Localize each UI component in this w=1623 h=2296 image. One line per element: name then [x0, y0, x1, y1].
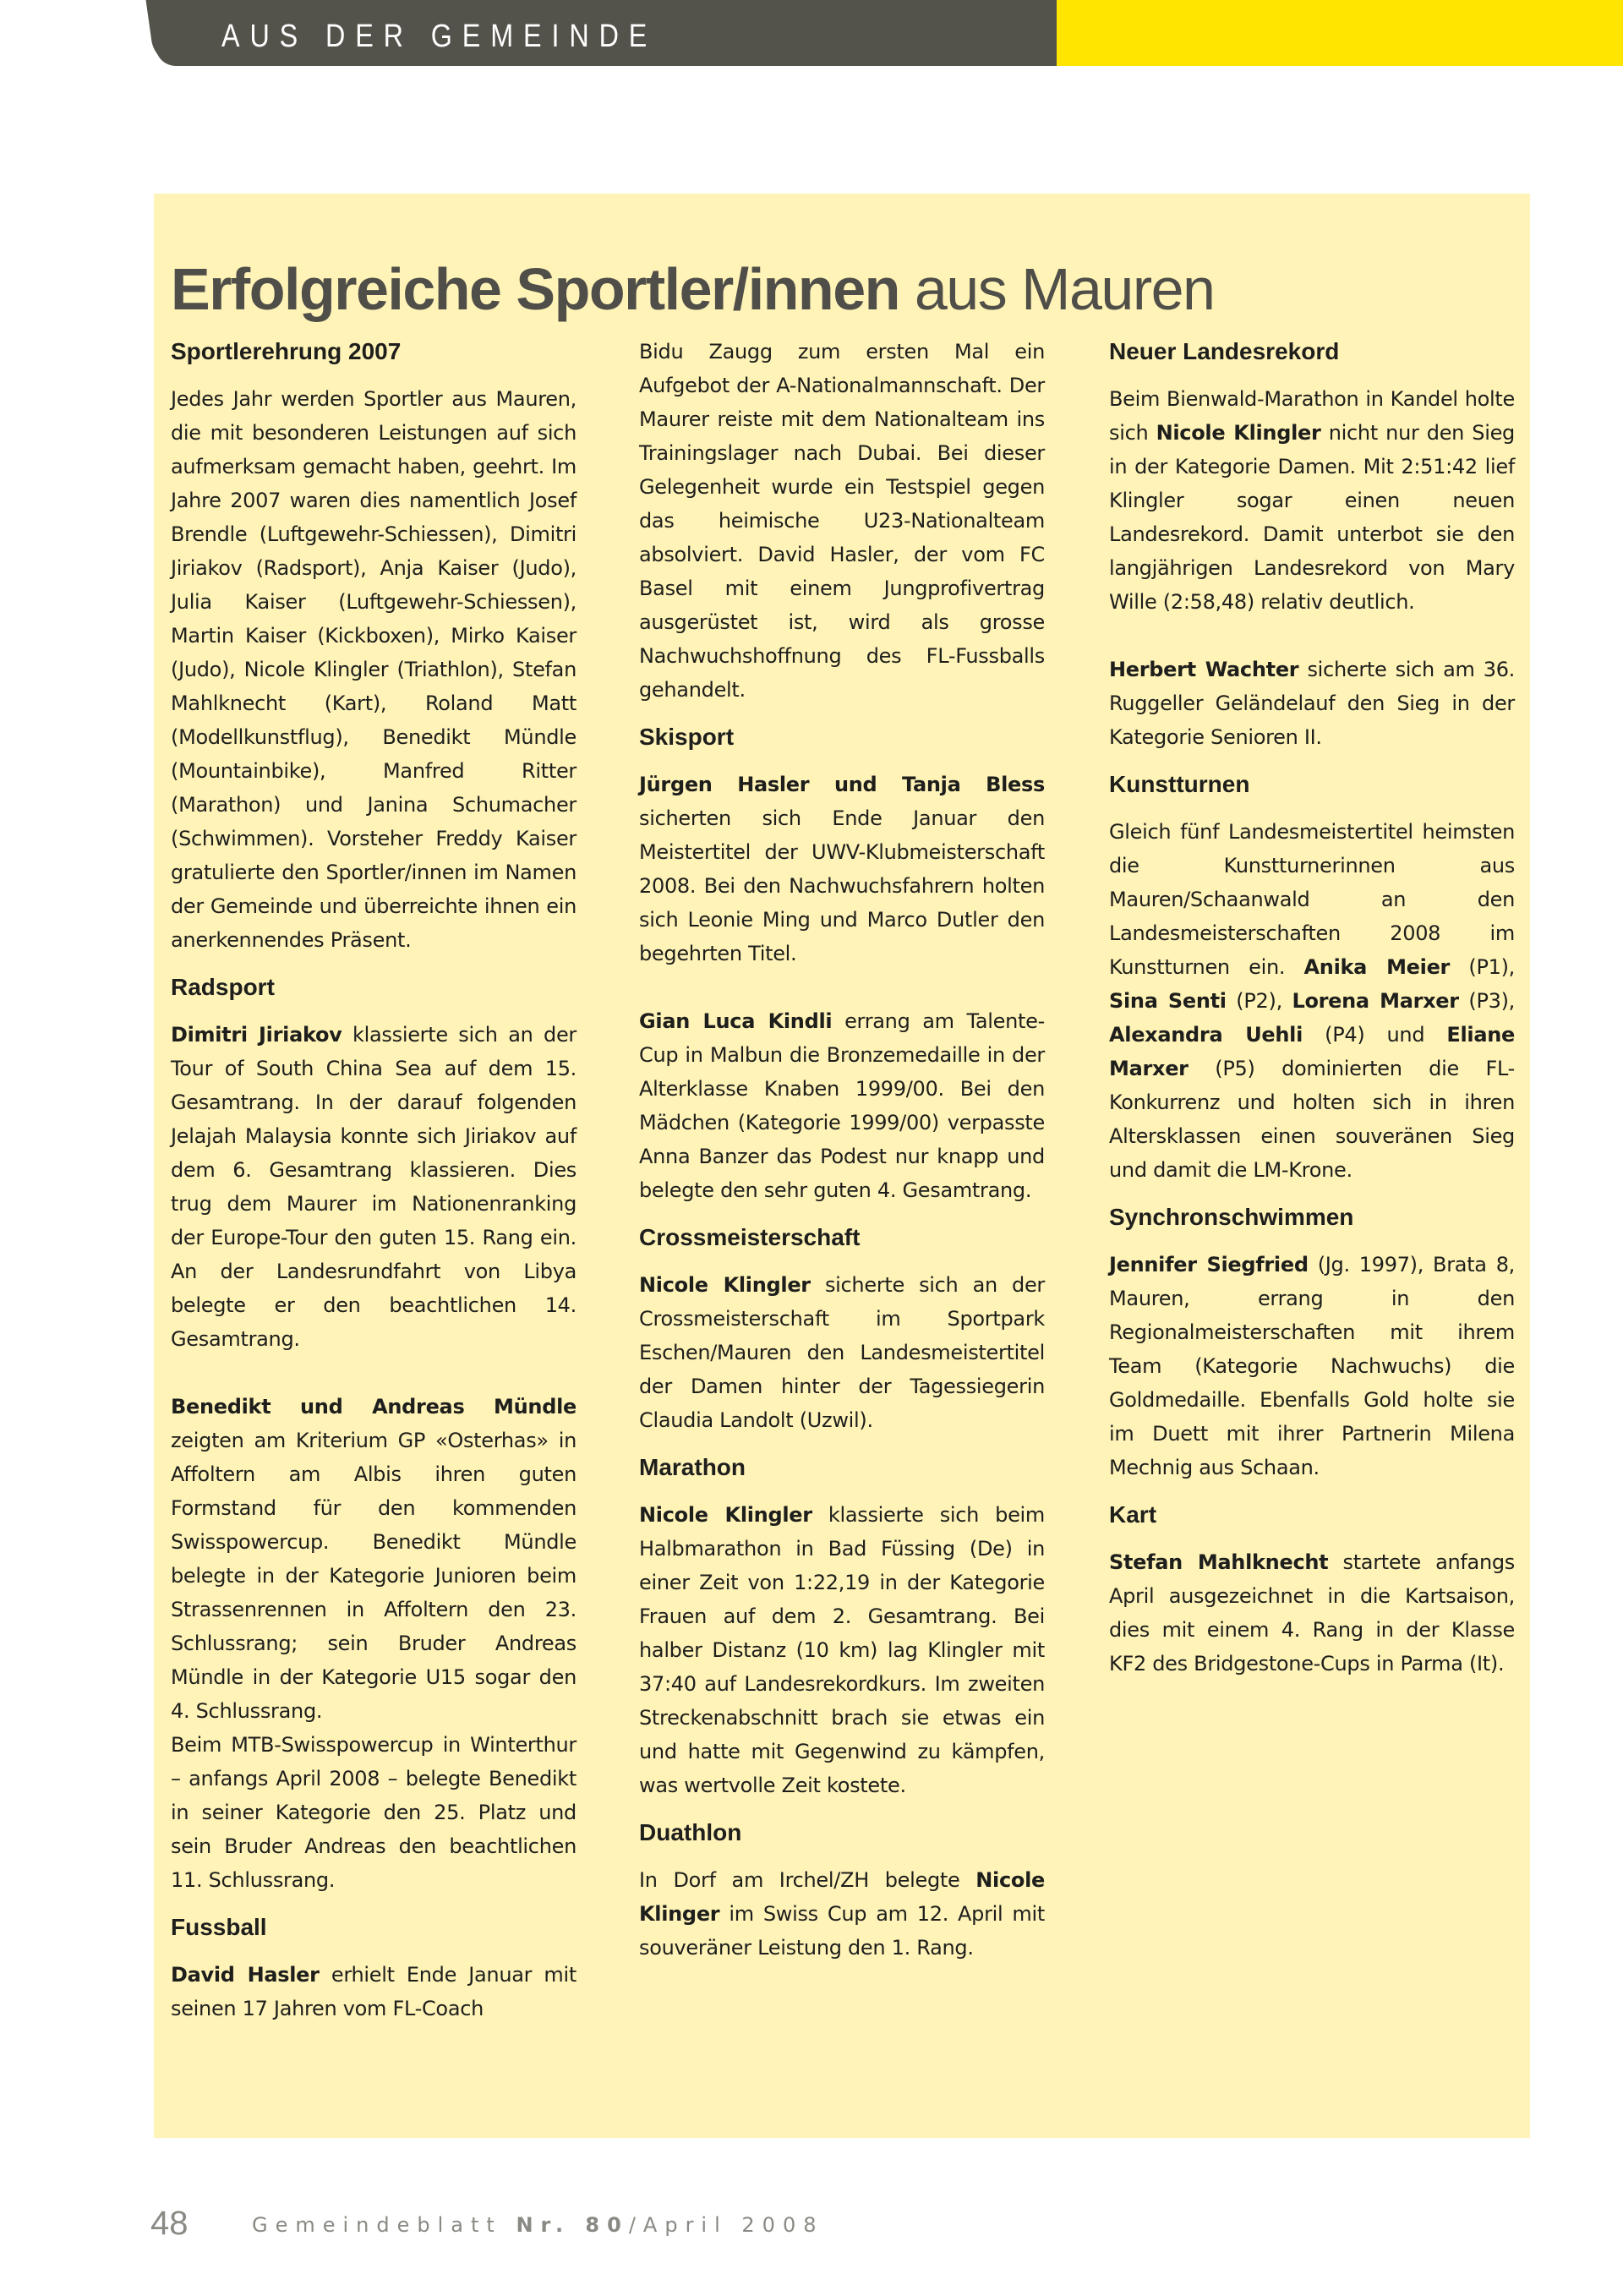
section-heading: Sportlerehrung 2007: [171, 335, 577, 369]
section-duathlon: Duathlon In Dorf am Irchel/ZH belegte Ni…: [639, 1816, 1045, 1965]
athlete-name: Jürgen Hasler und Tanja Bless: [639, 773, 1045, 796]
section-heading: Fussball: [171, 1911, 577, 1944]
paragraph: Herbert Wachter sicherte sich am 36. Rug…: [1109, 653, 1515, 754]
section-heading: Skisport: [639, 720, 1045, 754]
paragraph: David Hasler erhielt Ende Januar mit sei…: [171, 1958, 577, 2025]
paragraph: Benedikt und Andreas Mündle zeigten am K…: [171, 1390, 577, 1728]
paragraph: Gleich fünf Landesmeistertitel heimsten …: [1109, 815, 1515, 1187]
athlete-name: Sina Senti: [1109, 989, 1227, 1013]
section-heading: Kunstturnen: [1109, 768, 1515, 801]
athlete-name: Anika Meier: [1304, 955, 1451, 979]
header-accent-band: [1057, 0, 1623, 66]
athlete-name: David Hasler: [171, 1963, 320, 1987]
athlete-name: Nicole Klingler: [1156, 421, 1321, 445]
athlete-name: Benedikt und Andreas Mündle: [171, 1395, 577, 1419]
athlete-name: Nicole Klingler: [639, 1503, 812, 1527]
section-label: AUS DER GEMEINDE: [221, 19, 657, 55]
section-heading: Radsport: [171, 970, 577, 1004]
paragraph: Beim Bienwald-Marathon in Kandel holte s…: [1109, 382, 1515, 619]
section-sportlerehrung: Sportlerehrung 2007 Jedes Jahr werden Sp…: [171, 335, 577, 957]
section-kunstturnen: Kunstturnen Gleich fünf Landesmeistertit…: [1109, 768, 1515, 1187]
section-header: AUS DER GEMEINDE: [0, 0, 1623, 66]
paragraph: Beim MTB-Swisspowercup in Winterthur – a…: [171, 1728, 577, 1897]
athlete-name: Alexandra Uehli: [1109, 1023, 1303, 1047]
section-fussball: Fussball David Hasler erhielt Ende Janua…: [171, 1911, 577, 2025]
article-title: Erfolgreiche Sportler/innen aus Mauren: [171, 255, 1215, 323]
paragraph: Jürgen Hasler und Tanja Bless sicherten …: [639, 768, 1045, 970]
athlete-name: Jennifer Siegfried: [1109, 1253, 1309, 1276]
publication-info: Gemeindeblatt Nr. 80/April 2008: [252, 2213, 823, 2237]
paragraph: Jennifer Siegfried (Jg. 1997), Brata 8, …: [1109, 1248, 1515, 1484]
paragraph: Jedes Jahr werden Sportler aus Mauren, d…: [171, 382, 577, 957]
section-skisport: Skisport Jürgen Hasler und Tanja Bless s…: [639, 720, 1045, 1207]
section-marathon: Marathon Nicole Klingler klassierte sich…: [639, 1451, 1045, 1802]
section-heading: Duathlon: [639, 1816, 1045, 1850]
section-heading: Synchronschwimmen: [1109, 1200, 1515, 1234]
athlete-name: Gian Luca Kindli: [639, 1009, 832, 1033]
athlete-name: Dimitri Jiriakov: [171, 1023, 342, 1047]
section-crossmeisterschaft: Crossmeisterschaft Nicole Klingler siche…: [639, 1221, 1045, 1437]
paragraph: Gian Luca Kindli errang am Talente-Cup i…: [639, 1004, 1045, 1207]
section-synchronschwimmen: Synchronschwimmen Jennifer Siegfried (Jg…: [1109, 1200, 1515, 1484]
paragraph: Nicole Klingler klassierte sich beim Hal…: [639, 1498, 1045, 1802]
athlete-name: Herbert Wachter: [1109, 658, 1298, 681]
issue-number: Nr. 80: [516, 2213, 628, 2237]
article-column-1: Sportlerehrung 2007 Jedes Jahr werden Sp…: [171, 335, 577, 2039]
section-landesrekord: Neuer Landesrekord Beim Bienwald-Maratho…: [1109, 335, 1515, 754]
article-column-2: Bidu Zaugg zum ersten Mal ein Aufgebot d…: [639, 335, 1045, 1978]
section-kart: Kart Stefan Mahlknecht startete anfangs …: [1109, 1498, 1515, 1681]
section-fussball-cont: Bidu Zaugg zum ersten Mal ein Aufgebot d…: [639, 335, 1045, 707]
article-column-3: Neuer Landesrekord Beim Bienwald-Maratho…: [1109, 335, 1515, 1694]
page-number: 48: [150, 2205, 189, 2243]
athlete-name: Lorena Marxer: [1292, 989, 1458, 1013]
paragraph: Dimitri Jiriakov klassierte sich an der …: [171, 1018, 577, 1356]
section-heading: Crossmeisterschaft: [639, 1221, 1045, 1255]
article-title-bold: Erfolgreiche Sportler/innen: [171, 256, 899, 322]
section-radsport: Radsport Dimitri Jiriakov klassierte sic…: [171, 970, 577, 1897]
paragraph: In Dorf am Irchel/ZH belegte Nicole Klin…: [639, 1863, 1045, 1965]
section-heading: Marathon: [639, 1451, 1045, 1484]
article-title-light: aus Mauren: [899, 256, 1215, 322]
athlete-name: Nicole Klingler: [639, 1273, 811, 1297]
paragraph: Stefan Mahlknecht startete anfangs April…: [1109, 1545, 1515, 1681]
paragraph: Nicole Klingler sicherte sich an der Cro…: [639, 1268, 1045, 1437]
section-heading: Neuer Landesrekord: [1109, 335, 1515, 369]
section-heading: Kart: [1109, 1498, 1515, 1532]
paragraph: Bidu Zaugg zum ersten Mal ein Aufgebot d…: [639, 335, 1045, 707]
athlete-name: Stefan Mahlknecht: [1109, 1550, 1328, 1574]
